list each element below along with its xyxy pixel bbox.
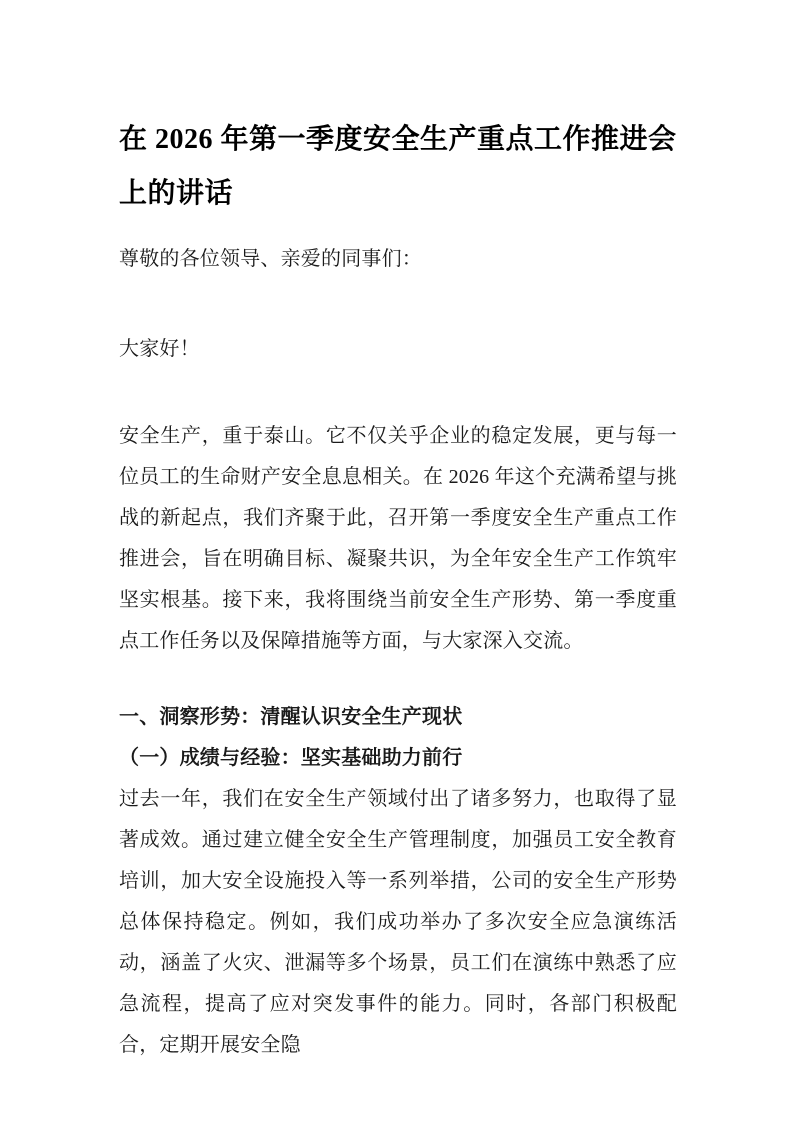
document-page: 在 2026 年第一季度安全生产重点工作推进会上的讲话 尊敬的各位领导、亲爱的同… — [0, 0, 793, 1122]
salutation-line: 大家好！ — [119, 329, 677, 370]
document-content: 在 2026 年第一季度安全生产重点工作推进会上的讲话 尊敬的各位领导、亲爱的同… — [119, 0, 677, 1066]
section-1-subheading: （一）成绩与经验：坚实基础助力前行 — [119, 738, 677, 779]
greeting-line: 尊敬的各位领导、亲爱的同事们： — [119, 239, 677, 280]
section-1-heading: 一、洞察形势：清醒认识安全生产现状 — [119, 697, 677, 738]
section-1-paragraph: 过去一年，我们在安全生产领域付出了诸多努力，也取得了显著成效。通过建立健全安全生… — [119, 779, 677, 1066]
document-title: 在 2026 年第一季度安全生产重点工作推进会上的讲话 — [119, 113, 677, 221]
intro-paragraph: 安全生产，重于泰山。它不仅关乎企业的稳定发展，更与每一位员工的生命财产安全息息相… — [119, 416, 677, 662]
